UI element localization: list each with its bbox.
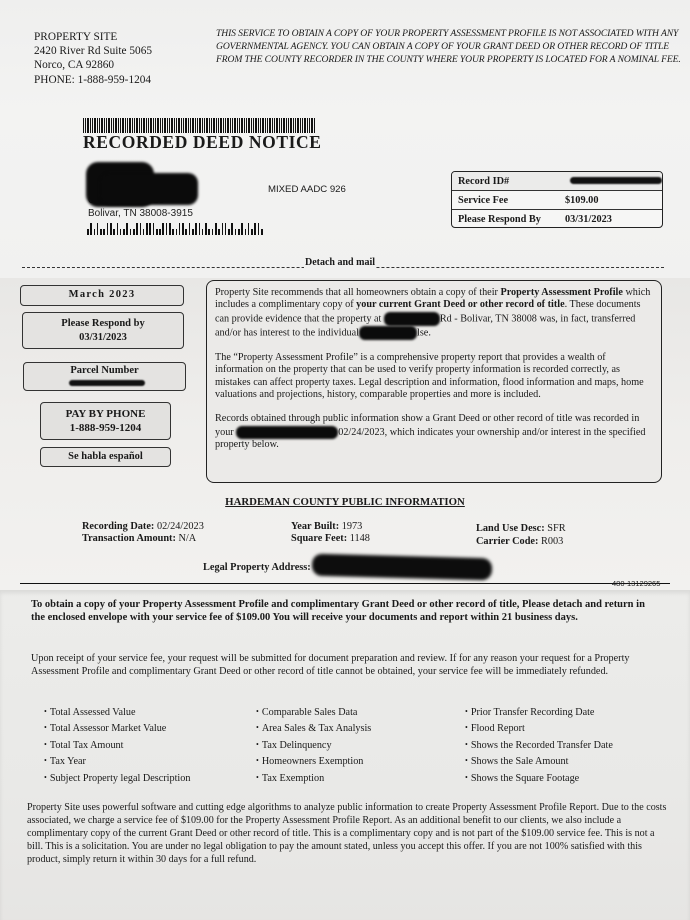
info-paragraph-3: Records obtained through public informat… [215, 413, 653, 451]
info-paragraph-1: Property Site recommends that all homeow… [215, 287, 653, 340]
legal-address-label: Legal Property Address: [203, 562, 311, 573]
feature-item: Flood Report [465, 720, 613, 736]
sender-company: PROPERTY SITE [34, 30, 152, 44]
feature-item: Total Assessed Value [44, 704, 190, 720]
sender-address-line1: 2420 River Rd Suite 5065 [34, 44, 152, 58]
record-id-value [562, 176, 662, 187]
carrier-code: Carrier Code: R003 [476, 536, 563, 549]
redaction-mark [100, 173, 198, 205]
info-paragraph-2: The “Property Assessment Profile” is a c… [215, 352, 653, 402]
recording-date: Recording Date: 02/24/2023 [82, 521, 204, 534]
service-fee-value: $109.00 [565, 195, 662, 206]
closing-paragraph: Property Site uses powerful software and… [27, 801, 667, 866]
features-list-col1: Total Assessed Value Total Assessor Mark… [44, 704, 190, 786]
square-feet: Square Feet: 1148 [291, 533, 370, 546]
respond-by-label: Please Respond By [452, 214, 565, 225]
disclaimer-text: THIS SERVICE TO OBTAIN A COPY OF YOUR PR… [216, 27, 686, 66]
respond-by-box: Please Respond by 03/31/2023 [22, 312, 184, 349]
barcode-icon [83, 118, 315, 133]
respond-by-value: 03/31/2023 [565, 214, 662, 225]
features-list-col2: Comparable Sales Data Area Sales & Tax A… [256, 704, 371, 786]
call-to-action-text: To obtain a copy of your Property Assess… [31, 598, 661, 624]
land-use-desc: Land Use Desc: SFR [476, 523, 566, 536]
pay-by-phone-label: PAY BY PHONE [41, 407, 170, 421]
feature-item: Prior Transfer Recording Date [465, 704, 613, 720]
feature-item: Tax Exemption [256, 770, 371, 786]
parcel-number-box: Parcel Number [23, 362, 186, 391]
section-divider [20, 583, 670, 584]
sender-address-block: PROPERTY SITE 2420 River Rd Suite 5065 N… [34, 30, 152, 87]
feature-item: Homeowners Exemption [256, 753, 371, 769]
record-id-label: Record ID# [452, 176, 562, 187]
redaction-mark [69, 380, 145, 386]
service-fee-row: Service Fee $109.00 [452, 191, 662, 210]
refund-policy-text: Upon receipt of your service fee, your r… [31, 652, 661, 678]
info-box: Property Site recommends that all homeow… [206, 280, 662, 483]
pay-by-phone-box: PAY BY PHONE 1-888-959-1204 [40, 402, 171, 440]
feature-item: Tax Delinquency [256, 737, 371, 753]
redaction-mark [312, 554, 493, 581]
month-box: March 2023 [20, 285, 184, 306]
feature-item: Shows the Sale Amount [465, 753, 613, 769]
recipient-city-line: Bolivar, TN 38008-3915 [88, 208, 193, 219]
record-info-table: Record ID# Service Fee $109.00 Please Re… [451, 171, 663, 228]
feature-item: Shows the Recorded Transfer Date [465, 737, 613, 753]
respond-by-box-label: Please Respond by [23, 317, 183, 331]
notice-title: RECORDED DEED NOTICE [83, 132, 322, 153]
record-id-row: Record ID# [452, 172, 662, 191]
year-built: Year Built: 1973 [291, 521, 362, 534]
feature-item: Subject Property legal Description [44, 770, 190, 786]
mail-class-label: MIXED AADC 926 [268, 184, 346, 195]
reference-number: 480-13129265 [612, 579, 660, 588]
detach-label: Detach and mail [304, 257, 376, 268]
sender-address-line2: Norco, CA 92860 [34, 58, 152, 72]
county-info-title: HARDEMAN COUNTY PUBLIC INFORMATION [0, 496, 690, 508]
features-list-col3: Prior Transfer Recording Date Flood Repo… [465, 704, 613, 786]
redaction-mark [359, 326, 417, 340]
transaction-amount: Transaction Amount: N/A [82, 533, 196, 546]
sender-phone: PHONE: 1-888-959-1204 [34, 73, 152, 87]
postal-barcode-icon [87, 223, 311, 235]
feature-item: Tax Year [44, 753, 190, 769]
feature-item: Area Sales & Tax Analysis [256, 720, 371, 736]
respond-by-row: Please Respond By 03/31/2023 [452, 210, 662, 228]
feature-item: Shows the Square Footage [465, 770, 613, 786]
redaction-mark [236, 426, 338, 439]
redaction-mark [570, 177, 662, 184]
service-fee-label: Service Fee [452, 195, 565, 206]
redaction-mark [384, 312, 440, 326]
feature-item: Total Tax Amount [44, 737, 190, 753]
respond-by-box-date: 03/31/2023 [23, 331, 183, 345]
spanish-spoken-box: Se habla español [40, 447, 171, 467]
feature-item: Total Assessor Market Value [44, 720, 190, 736]
pay-by-phone-number[interactable]: 1-888-959-1204 [41, 421, 170, 435]
feature-item: Comparable Sales Data [256, 704, 371, 720]
parcel-number-label: Parcel Number [24, 364, 185, 378]
